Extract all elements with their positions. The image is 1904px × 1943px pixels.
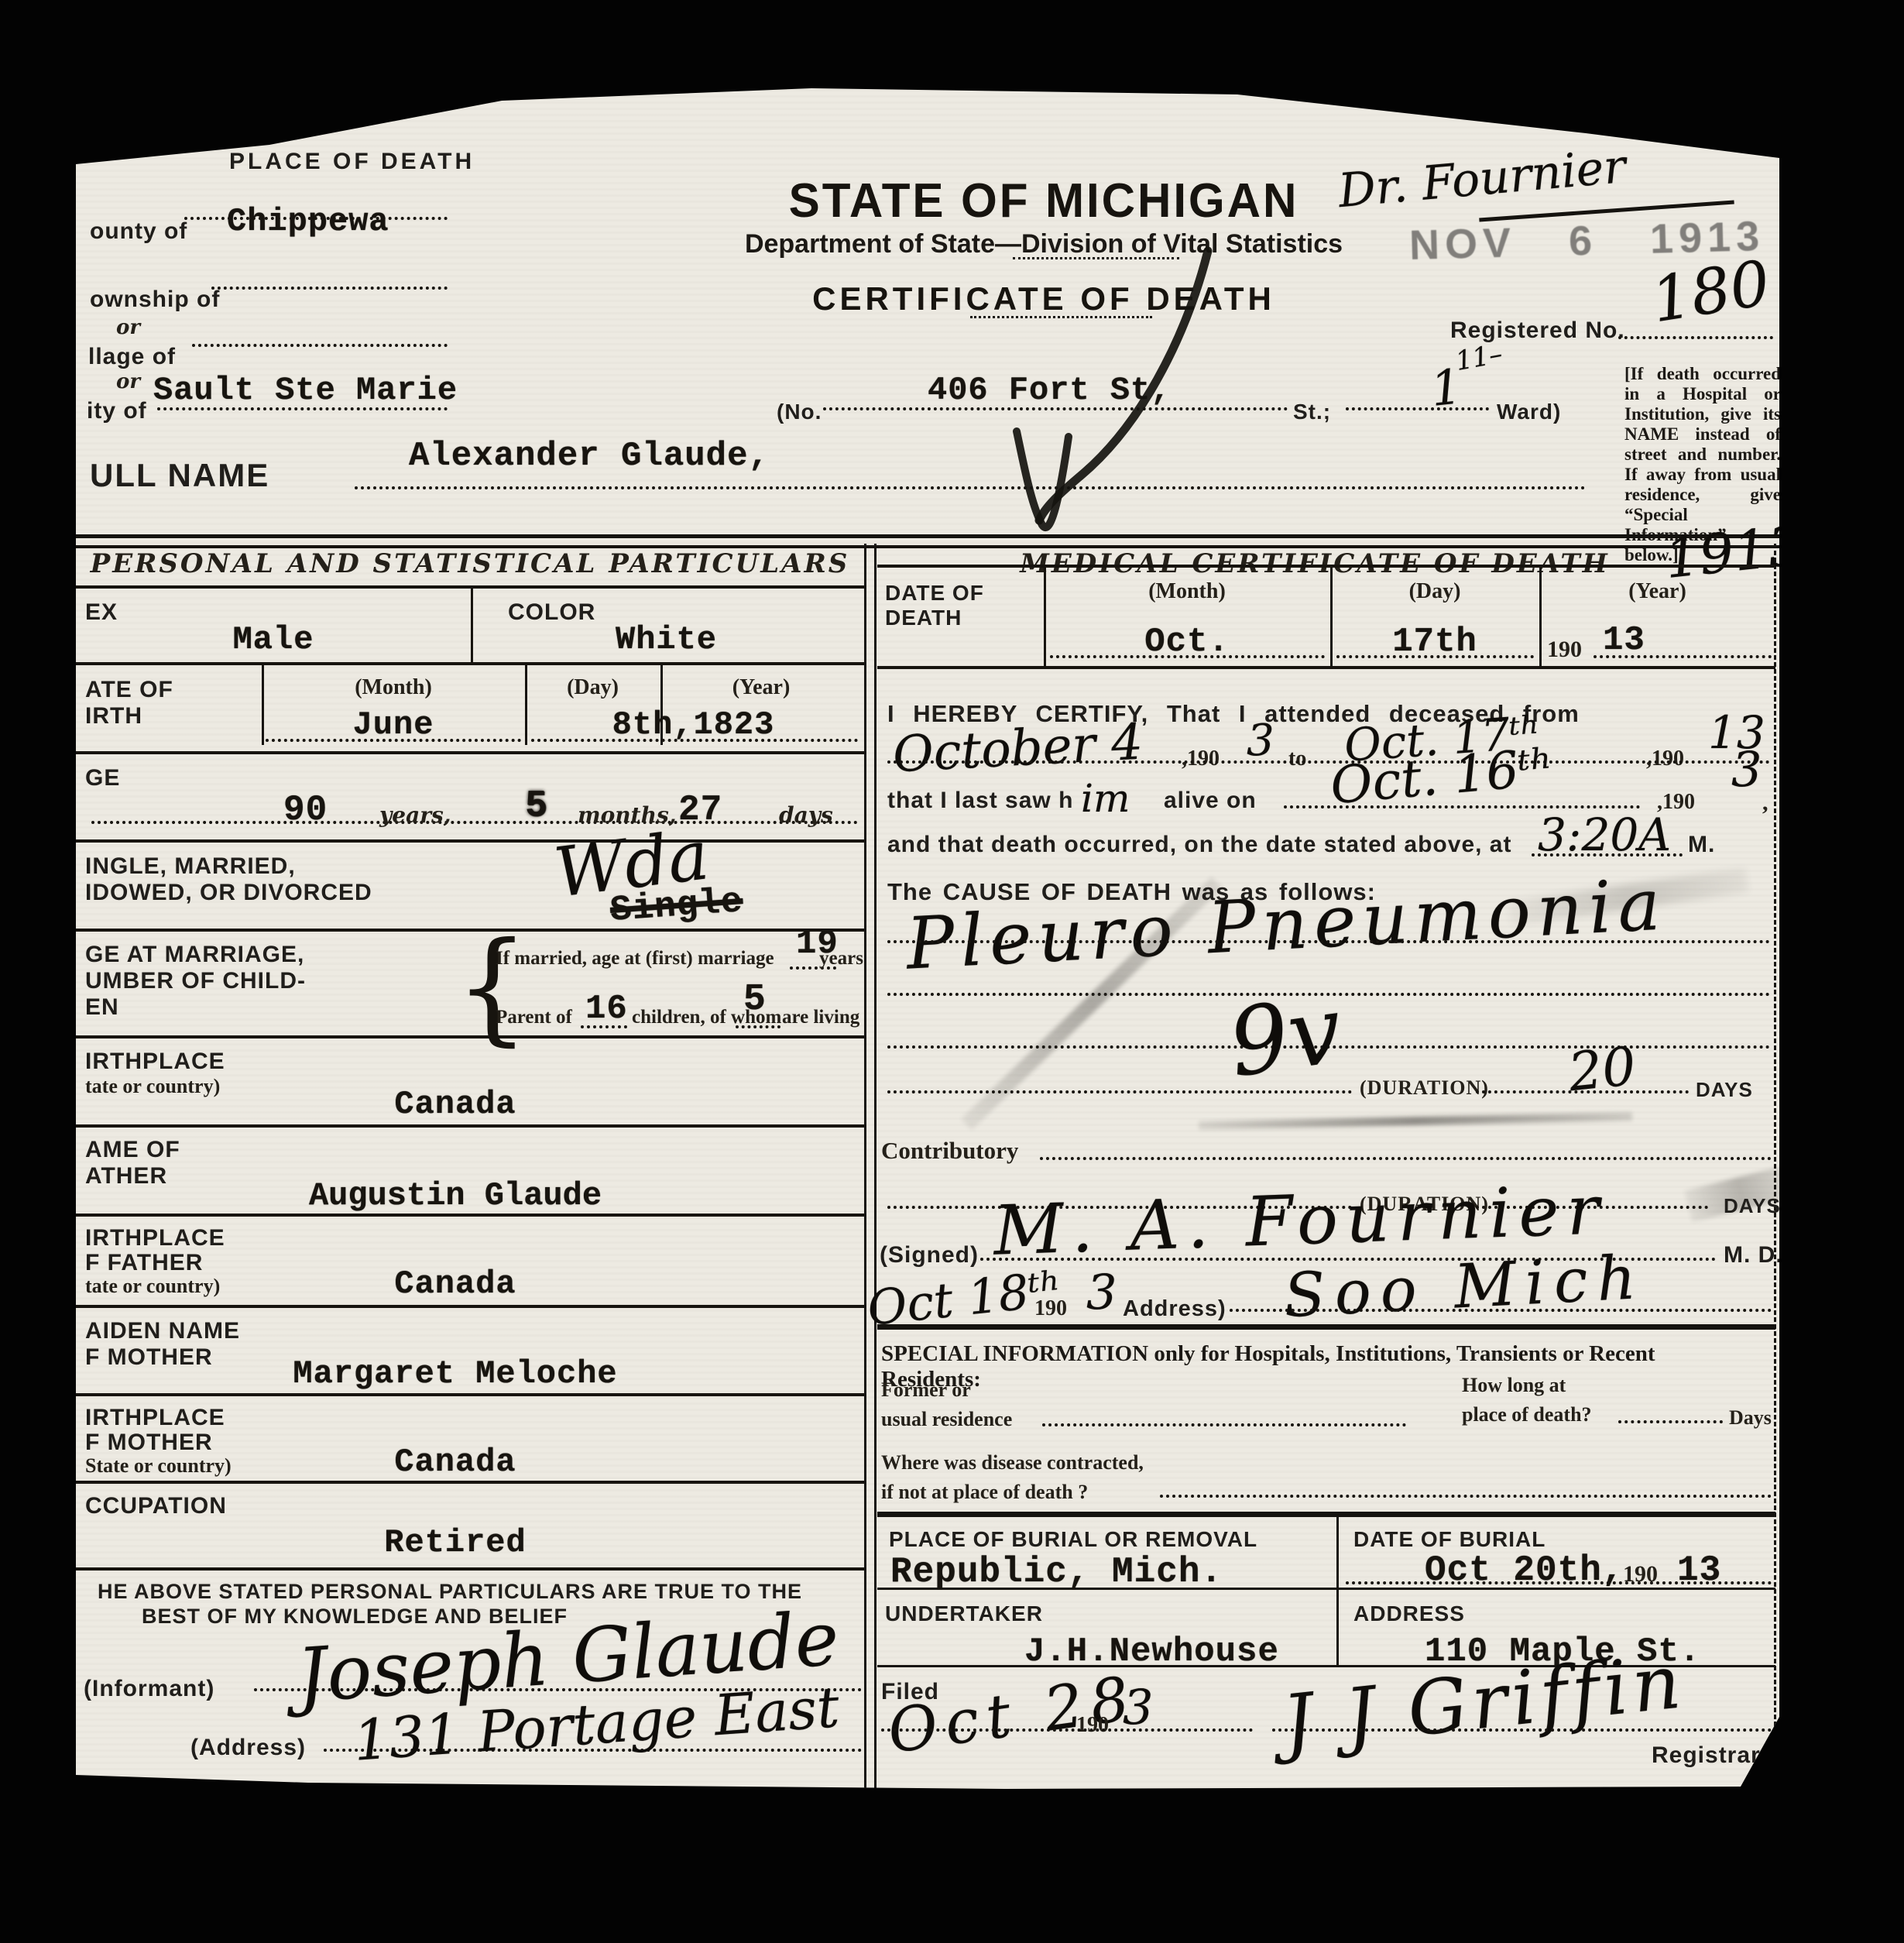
certificate-page: PLACE OF DEATH ounty of Chippewa ownship… xyxy=(76,87,1779,1789)
rule xyxy=(76,1124,864,1128)
age-label: GE xyxy=(85,765,120,791)
howlong-line xyxy=(1618,1420,1723,1423)
thick-rule xyxy=(877,1324,1775,1330)
rule xyxy=(76,1035,864,1038)
howlong-label-2: place of death? xyxy=(1462,1403,1592,1426)
dod-year-label: (Year) xyxy=(1539,579,1775,604)
contracted-label-1: Where was disease contracted, xyxy=(881,1451,1144,1474)
filed-line xyxy=(881,1728,1253,1732)
age-months-value: 5 xyxy=(525,785,548,827)
dod-label-1: DATE OF xyxy=(885,581,984,606)
rule xyxy=(76,1214,864,1217)
dob-day-label: (Day) xyxy=(525,675,660,700)
children-living-line xyxy=(736,1025,780,1028)
signed-label: (Signed) xyxy=(880,1242,979,1268)
dob-month-label: (Month) xyxy=(262,675,525,700)
registrar-label: Registrar xyxy=(1652,1742,1761,1769)
former-label-2: usual residence xyxy=(881,1408,1012,1431)
dod-line-3 xyxy=(1594,655,1772,658)
dod-line-2 xyxy=(1336,655,1534,658)
occupation-label: CCUPATION xyxy=(85,1493,227,1519)
dob-label-2: IRTH xyxy=(85,703,142,729)
undertaker-label: UNDERTAKER xyxy=(885,1601,1043,1626)
lastsaw-year-hand: 3 xyxy=(1731,741,1762,798)
attest-line-1: HE ABOVE STATED PERSONAL PARTICULARS ARE… xyxy=(98,1580,802,1604)
from-year-hand: 3 xyxy=(1247,716,1274,766)
dod-month-label: (Month) xyxy=(1044,579,1330,604)
children-label-1: Parent of xyxy=(496,1007,572,1028)
marital-label-2: IDOWED, OR DIVORCED xyxy=(85,880,372,906)
dob-month-value: June xyxy=(262,706,525,743)
cause-scribble: 9v xyxy=(1223,977,1348,1099)
rule xyxy=(76,1393,864,1396)
dob-label-1: ATE OF xyxy=(85,677,173,703)
rule xyxy=(76,1567,864,1571)
mother-label-1: AIDEN NAME xyxy=(85,1318,240,1344)
birthplace-value: Canada xyxy=(122,1086,788,1123)
contributory-label: Contributory xyxy=(881,1137,1018,1165)
occurred-line: and that death occurred, on the date sta… xyxy=(887,832,1511,858)
pencil-underline-smudge xyxy=(1199,1112,1632,1130)
duration-value-hand: 20 xyxy=(1566,1036,1638,1104)
scanned-death-certificate: PLACE OF DEATH ounty of Chippewa ownship… xyxy=(0,0,1904,1943)
informant-label: (Informant) xyxy=(84,1676,214,1702)
attended-from-hand: October 4 xyxy=(891,714,1144,784)
marriage-label-2: UMBER OF CHILD- xyxy=(85,968,306,994)
color-value: White xyxy=(471,621,862,658)
dob-day-year-value: 8th,1823 xyxy=(525,706,862,743)
rule xyxy=(76,585,864,589)
dob-line-1 xyxy=(266,739,521,742)
rule xyxy=(76,1481,864,1484)
right-section-title: MEDICAL CERTIFICATE OF DEATH xyxy=(966,548,1663,579)
marriage-label-3: EN xyxy=(85,994,119,1021)
undertaker-address-label: ADDRESS xyxy=(1353,1601,1465,1626)
him-hand: im xyxy=(1081,776,1130,821)
dob-year-label: (Year) xyxy=(660,675,862,700)
column-divider xyxy=(864,544,877,1789)
duration-label: (DURATION) xyxy=(1360,1076,1489,1100)
time-line xyxy=(1532,853,1683,856)
mother-bp-value: Canada xyxy=(122,1444,788,1481)
filed-year-hand: 3 xyxy=(1123,1679,1153,1735)
dod-day-label: (Day) xyxy=(1330,579,1539,604)
age-days-label: days xyxy=(779,802,833,828)
md-label: M. D. xyxy=(1724,1242,1783,1268)
age-years-label: years, xyxy=(379,802,451,828)
signed-address-label: Address) xyxy=(1123,1296,1226,1322)
signed-address-line xyxy=(1230,1309,1772,1312)
mother-value: Margaret Meloche xyxy=(122,1355,788,1392)
burial-date-value: Oct 20th, xyxy=(1425,1550,1624,1591)
burial-190-printed: 190 xyxy=(1623,1561,1658,1588)
contracted-label-2: if not at place of death ? xyxy=(881,1481,1088,1504)
children-label-3: are living xyxy=(782,1007,859,1028)
filed-190-printed: 190 xyxy=(1076,1713,1109,1738)
contracted-line xyxy=(1160,1495,1772,1498)
age-years-value: 90 xyxy=(283,790,328,830)
days3-label: Days xyxy=(1729,1406,1772,1430)
marriage-label-1: GE AT MARRIAGE, xyxy=(85,942,304,968)
cause-line-1 xyxy=(887,940,1770,943)
father-value: Augustin Glaude xyxy=(122,1177,788,1214)
duration-line-a xyxy=(887,1090,1352,1093)
marital-struck-value: Single xyxy=(609,881,744,931)
right-edge-rule xyxy=(1774,544,1776,1789)
burial-divider xyxy=(1336,1517,1339,1665)
to-label: to xyxy=(1288,747,1306,771)
lastsaw-printed-a: that I last saw h xyxy=(887,788,1073,814)
rule xyxy=(877,1588,1775,1590)
burial-date-label: DATE OF BURIAL xyxy=(1353,1527,1545,1552)
father-bp-value: Canada xyxy=(122,1265,788,1303)
comma-printed: , xyxy=(1762,790,1768,816)
left-section-title: PERSONAL AND STATISTICAL PARTICULARS xyxy=(76,548,864,579)
marital-label-1: INGLE, MARRIED, xyxy=(85,853,296,880)
marriage-line-label: If married, age at (first) marriage xyxy=(496,948,774,970)
rule xyxy=(76,751,864,754)
burial-place-value: Republic, Mich. xyxy=(890,1552,1223,1592)
m-label: M. xyxy=(1688,832,1715,858)
former-label-1: Former or xyxy=(881,1378,971,1402)
informant-address-label: (Address) xyxy=(190,1735,306,1761)
printed-190-d: 190 xyxy=(1034,1296,1067,1321)
rule xyxy=(877,565,1775,568)
children-living-value: 5 xyxy=(743,979,767,1021)
rule xyxy=(76,839,864,843)
howlong-label-1: How long at xyxy=(1462,1374,1566,1397)
contributory-line xyxy=(1040,1157,1772,1160)
burial-year-value: 13 xyxy=(1677,1550,1721,1591)
printed-190-a: ,190 xyxy=(1182,747,1220,771)
dod-year-printed: 190 xyxy=(1547,637,1582,663)
dod-year-value: 13 xyxy=(1603,621,1645,660)
section-divider-rule xyxy=(76,534,1779,548)
birthplace-label: IRTHPLACE xyxy=(85,1049,225,1075)
marriage-years-label: years xyxy=(819,948,863,970)
dob-line-2 xyxy=(531,739,858,742)
printed-190-b: ,190 xyxy=(1646,747,1684,771)
rule xyxy=(76,1305,864,1308)
occupation-value: Retired xyxy=(122,1524,788,1561)
signed-year-hand: 3 xyxy=(1086,1264,1117,1320)
father-bp-label-1: IRTHPLACE xyxy=(85,1225,225,1251)
lastsaw-printed-b: alive on xyxy=(1164,788,1257,814)
rule xyxy=(76,662,864,665)
sex-value: Male xyxy=(76,621,471,658)
rule xyxy=(877,666,1775,669)
burial-place-label: PLACE OF BURIAL OR REMOVAL xyxy=(889,1527,1257,1552)
mother-bp-label-1: IRTHPLACE xyxy=(85,1405,225,1431)
former-line xyxy=(1042,1423,1406,1426)
father-label-1: AME OF xyxy=(85,1137,180,1163)
registrar-line xyxy=(1272,1728,1772,1732)
dod-label-2: DEATH xyxy=(885,606,962,630)
age-line xyxy=(91,821,858,824)
thick-rule-2 xyxy=(877,1512,1775,1517)
children-total-value: 16 xyxy=(585,990,628,1028)
days-label: DAYS xyxy=(1696,1078,1753,1102)
dod-line-1 xyxy=(1050,655,1325,658)
